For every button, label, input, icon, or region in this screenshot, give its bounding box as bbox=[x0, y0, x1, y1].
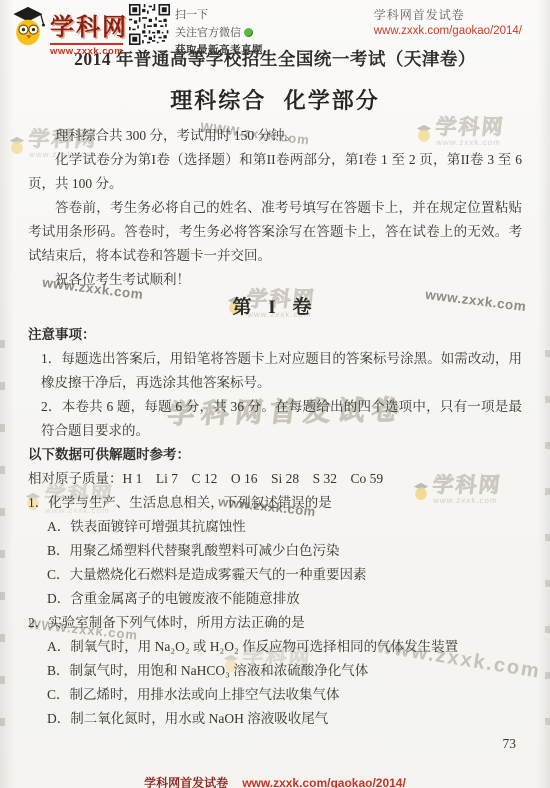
note-item: 2．本卷共 6 题，每题 6 分，共 36 分。在每题给出的四个选项中，只有一项… bbox=[28, 395, 522, 443]
qr-code-icon bbox=[129, 4, 170, 45]
qr-caption-line: 获取最新高考真题 bbox=[175, 42, 263, 57]
question-option: B．用聚乙烯塑料代替聚乳酸塑料可减少白色污染 bbox=[28, 539, 522, 563]
exam-body: 理科综合共 300 分，考试用时 150 分钟。 化学试卷分为第I卷（选择题）和… bbox=[0, 124, 550, 731]
notes-heading: 注意事项： bbox=[28, 323, 522, 347]
question-option: D．含重金属离子的电镀废液不能随意排放 bbox=[28, 587, 522, 611]
question-stem: 1．化学与生产、生活息息相关，下列叙述错误的是 bbox=[28, 491, 522, 515]
intro-paragraph: 化学试卷分为第I卷（选择题）和第II卷两部分，第I卷 1 至 2 页，第II卷 … bbox=[28, 148, 522, 196]
question-option: C．大量燃烧化石燃料是造成雾霾天气的一种重要因素 bbox=[28, 563, 522, 587]
question-option: C．制乙烯时，用排水法或向上排空气法收集气体 bbox=[28, 683, 522, 707]
question-option: A．铁表面镀锌可增强其抗腐蚀性 bbox=[28, 515, 522, 539]
footer-source-url: www.zxxk.com/gaokao/2014/ bbox=[242, 776, 406, 788]
page-footer: 学科网首发试卷www.zxxk.com/gaokao/2014/ bbox=[0, 774, 550, 788]
smiley-icon bbox=[244, 28, 253, 37]
page-number: 73 bbox=[503, 736, 517, 752]
brand-name: 学科网 bbox=[50, 7, 128, 42]
subtitle-subject-part: 化学部分 bbox=[284, 88, 380, 113]
brand-url: www.zxxk.com bbox=[50, 43, 123, 57]
section-title: 第 I 卷 bbox=[28, 295, 522, 321]
intro-paragraph: 祝各位考生考试顺利！ bbox=[28, 268, 522, 292]
intro-paragraph: 理科综合共 300 分，考试用时 150 分钟。 bbox=[28, 124, 522, 148]
scanned-exam-page: 学科网www.zxxk.com 学科网www.zxxk.com 学科网www.z… bbox=[0, 0, 550, 788]
qr-caption-line: 关注官方微信 bbox=[175, 24, 263, 40]
atomic-mass-line: 相对原子质量：H 1 Li 7 C 12 O 16 Si 28 S 32 Co … bbox=[28, 467, 522, 491]
footer-source-label: 学科网首发试卷 bbox=[144, 776, 228, 788]
qr-caption-line: 扫一下 bbox=[175, 6, 263, 22]
exam-subtitle: 理科综合 化学部分 bbox=[0, 84, 550, 115]
source-url: www.zxxk.com/gaokao/2014/ bbox=[374, 25, 522, 37]
data-hint-heading: 以下数据可供解题时参考： bbox=[28, 443, 522, 467]
qr-caption: 扫一下 关注官方微信 获取最新高考真题 bbox=[175, 6, 263, 57]
intro-paragraph: 答卷前，考生务必将自己的姓名、准考号填写在答题卡上，并在规定位置粘贴考试用条形码… bbox=[28, 196, 522, 268]
mascot-icon bbox=[8, 4, 48, 48]
question-option: D．制二氧化氮时，用水或 NaOH 溶液吸收尾气 bbox=[28, 707, 522, 731]
subtitle-subject-group: 理科综合 bbox=[170, 88, 266, 113]
zxxk-brand-logo: 学科网 www.zxxk.com bbox=[8, 4, 128, 57]
question-stem: 2．实验室制备下列气体时，所用方法正确的是 bbox=[28, 611, 522, 635]
qr-caption-text: 关注官方微信 bbox=[175, 24, 241, 40]
note-item: 1．每题选出答案后，用铅笔将答题卡上对应题目的答案标号涂黑。如需改动，用橡皮擦干… bbox=[28, 347, 522, 395]
source-label: 学科网首发试卷 bbox=[374, 6, 522, 23]
question-option: B．制氯气时，用饱和 NaHCO₃ 溶液和浓硫酸净化气体 bbox=[28, 659, 522, 683]
qr-code bbox=[129, 4, 170, 45]
header-right-source: 学科网首发试卷 www.zxxk.com/gaokao/2014/ bbox=[374, 6, 522, 37]
question-option: A．制氧气时，用 Na₂O₂ 或 H₂O₂ 作反应物可选择相同的气体发生装置 bbox=[28, 635, 522, 659]
